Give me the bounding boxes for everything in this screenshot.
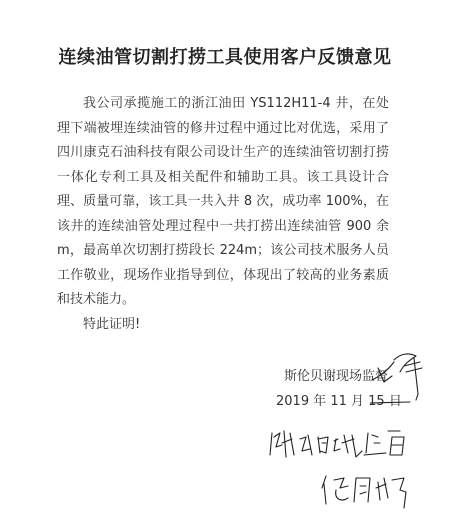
handwritten-signature-1 — [370, 350, 440, 405]
document-body: 我公司承揽施工的浙江油田 YS112H11-4 井，在处理下端被埋连续油管的修井… — [57, 92, 389, 337]
handwritten-title-2 — [268, 425, 418, 465]
closing-statement: 特此证明! — [57, 313, 389, 338]
handwritten-name-2 — [320, 470, 410, 510]
body-paragraph: 我公司承揽施工的浙江油田 YS112H11-4 井，在处理下端被埋连续油管的修井… — [57, 92, 389, 313]
document-title: 连续油管切割打捞工具使用客户反馈意见 — [0, 43, 450, 69]
